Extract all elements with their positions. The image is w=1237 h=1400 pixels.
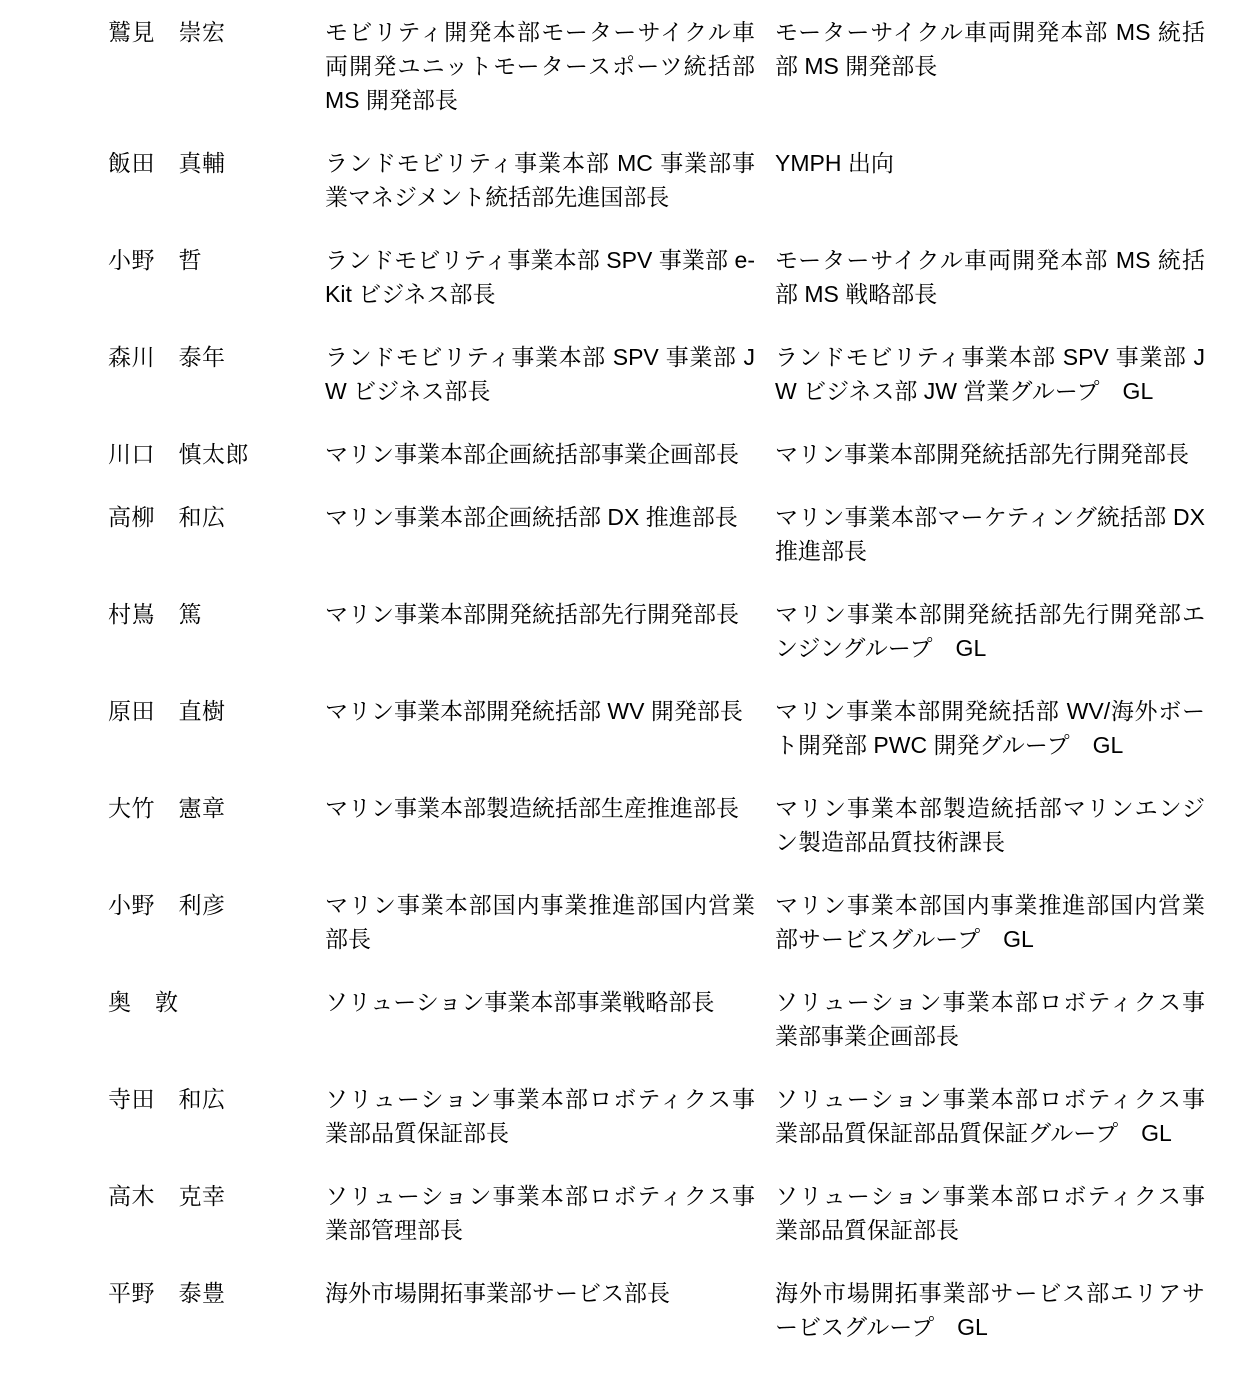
new-position-cell: ランドモビリティ事業本部 MC 事業部事業マネジメント統括部先進国部長 [325, 146, 755, 214]
new-position-cell: ランドモビリティ事業本部 SPV 事業部 e-Kit ビジネス部長 [325, 243, 755, 311]
table-row: 鷲見 崇宏 モビリティ開発本部モーターサイクル車両開発ユニットモータースポーツ統… [108, 15, 1205, 117]
new-position-cell: マリン事業本部企画統括部 DX 推進部長 [325, 500, 755, 534]
employee-name: 川口 慎太郎 [108, 437, 305, 471]
employee-name: 小野 利彦 [108, 888, 305, 922]
current-position-cell: ソリューション事業本部ロボティクス事業部品質保証部品質保証グループ GL [775, 1082, 1205, 1150]
employee-name: 大竹 憲章 [108, 791, 305, 825]
table-row: 大竹 憲章 マリン事業本部製造統括部生産推進部長 マリン事業本部製造統括部マリン… [108, 791, 1205, 859]
table-row: 高木 克幸 ソリューション事業本部ロボティクス事業部管理部長 ソリューション事業… [108, 1179, 1205, 1247]
table-row: 高柳 和広 マリン事業本部企画統括部 DX 推進部長 マリン事業本部マーケティン… [108, 500, 1205, 568]
new-position-cell: ソリューション事業本部事業戦略部長 [325, 985, 755, 1019]
new-position-cell: マリン事業本部開発統括部先行開発部長 [325, 597, 755, 631]
table-row: 川口 慎太郎 マリン事業本部企画統括部事業企画部長 マリン事業本部開発統括部先行… [108, 437, 1205, 471]
current-position-cell: マリン事業本部製造統括部マリンエンジン製造部品質技術課長 [775, 791, 1205, 859]
employee-name: 小野 哲 [108, 243, 305, 277]
employee-name: 森川 泰年 [108, 340, 305, 374]
current-position-cell: マリン事業本部国内事業推進部国内営業部サービスグループ GL [775, 888, 1205, 956]
table-row: 奥 敦 ソリューション事業本部事業戦略部長 ソリューション事業本部ロボティクス事… [108, 985, 1205, 1053]
current-position-cell: マリン事業本部開発統括部 WV/海外ボート開発部 PWC 開発グループ GL [775, 694, 1205, 762]
employee-name: 飯田 真輔 [108, 146, 305, 180]
table-row: 平野 泰豊 海外市場開拓事業部サービス部長 海外市場開拓事業部サービス部エリアサ… [108, 1276, 1205, 1344]
new-position-cell: マリン事業本部国内事業推進部国内営業部長 [325, 888, 755, 956]
employee-name: 鷲見 崇宏 [108, 15, 305, 49]
current-position-cell: マリン事業本部マーケティング統括部 DX 推進部長 [775, 500, 1205, 568]
current-position-cell: モーターサイクル車両開発本部 MS 統括部 MS 開発部長 [775, 15, 1205, 83]
new-position-cell: マリン事業本部製造統括部生産推進部長 [325, 791, 755, 825]
table-row: 小野 哲 ランドモビリティ事業本部 SPV 事業部 e-Kit ビジネス部長 モ… [108, 243, 1205, 311]
table-row: 森川 泰年 ランドモビリティ事業本部 SPV 事業部 JW ビジネス部長 ランド… [108, 340, 1205, 408]
new-position-cell: ランドモビリティ事業本部 SPV 事業部 JW ビジネス部長 [325, 340, 755, 408]
table-row: 小野 利彦 マリン事業本部国内事業推進部国内営業部長 マリン事業本部国内事業推進… [108, 888, 1205, 956]
current-position-cell: マリン事業本部開発統括部先行開発部長 [775, 437, 1205, 471]
new-position-cell: モビリティ開発本部モーターサイクル車両開発ユニットモータースポーツ統括部 MS … [325, 15, 755, 117]
current-position-cell: ソリューション事業本部ロボティクス事業部事業企画部長 [775, 985, 1205, 1053]
employee-name: 高木 克幸 [108, 1179, 305, 1213]
new-position-cell: マリン事業本部開発統括部 WV 開発部長 [325, 694, 755, 728]
table-row: 原田 直樹 マリン事業本部開発統括部 WV 開発部長 マリン事業本部開発統括部 … [108, 694, 1205, 762]
employee-name: 奥 敦 [108, 985, 305, 1019]
employee-name: 寺田 和広 [108, 1082, 305, 1116]
current-position-cell: YMPH 出向 [775, 146, 1205, 180]
employee-name: 村嶌 篤 [108, 597, 305, 631]
employee-name: 平野 泰豊 [108, 1276, 305, 1310]
current-position-cell: マリン事業本部開発統括部先行開発部エンジングループ GL [775, 597, 1205, 665]
new-position-cell: マリン事業本部企画統括部事業企画部長 [325, 437, 755, 471]
new-position-cell: ソリューション事業本部ロボティクス事業部管理部長 [325, 1179, 755, 1247]
new-position-cell: 海外市場開拓事業部サービス部長 [325, 1276, 755, 1310]
employee-name: 原田 直樹 [108, 694, 305, 728]
current-position-cell: モーターサイクル車両開発本部 MS 統括部 MS 戦略部長 [775, 243, 1205, 311]
table-row: 飯田 真輔 ランドモビリティ事業本部 MC 事業部事業マネジメント統括部先進国部… [108, 146, 1205, 214]
current-position-cell: 海外市場開拓事業部サービス部エリアサービスグループ GL [775, 1276, 1205, 1344]
employee-name: 高柳 和広 [108, 500, 305, 534]
current-position-cell: ソリューション事業本部ロボティクス事業部品質保証部長 [775, 1179, 1205, 1247]
current-position-cell: ランドモビリティ事業本部 SPV 事業部 JW ビジネス部 JW 営業グループ … [775, 340, 1205, 408]
personnel-document-page: 鷲見 崇宏 モビリティ開発本部モーターサイクル車両開発ユニットモータースポーツ統… [0, 0, 1237, 1400]
new-position-cell: ソリューション事業本部ロボティクス事業部品質保証部長 [325, 1082, 755, 1150]
table-row: 村嶌 篤 マリン事業本部開発統括部先行開発部長 マリン事業本部開発統括部先行開発… [108, 597, 1205, 665]
table-row: 寺田 和広 ソリューション事業本部ロボティクス事業部品質保証部長 ソリューション… [108, 1082, 1205, 1150]
